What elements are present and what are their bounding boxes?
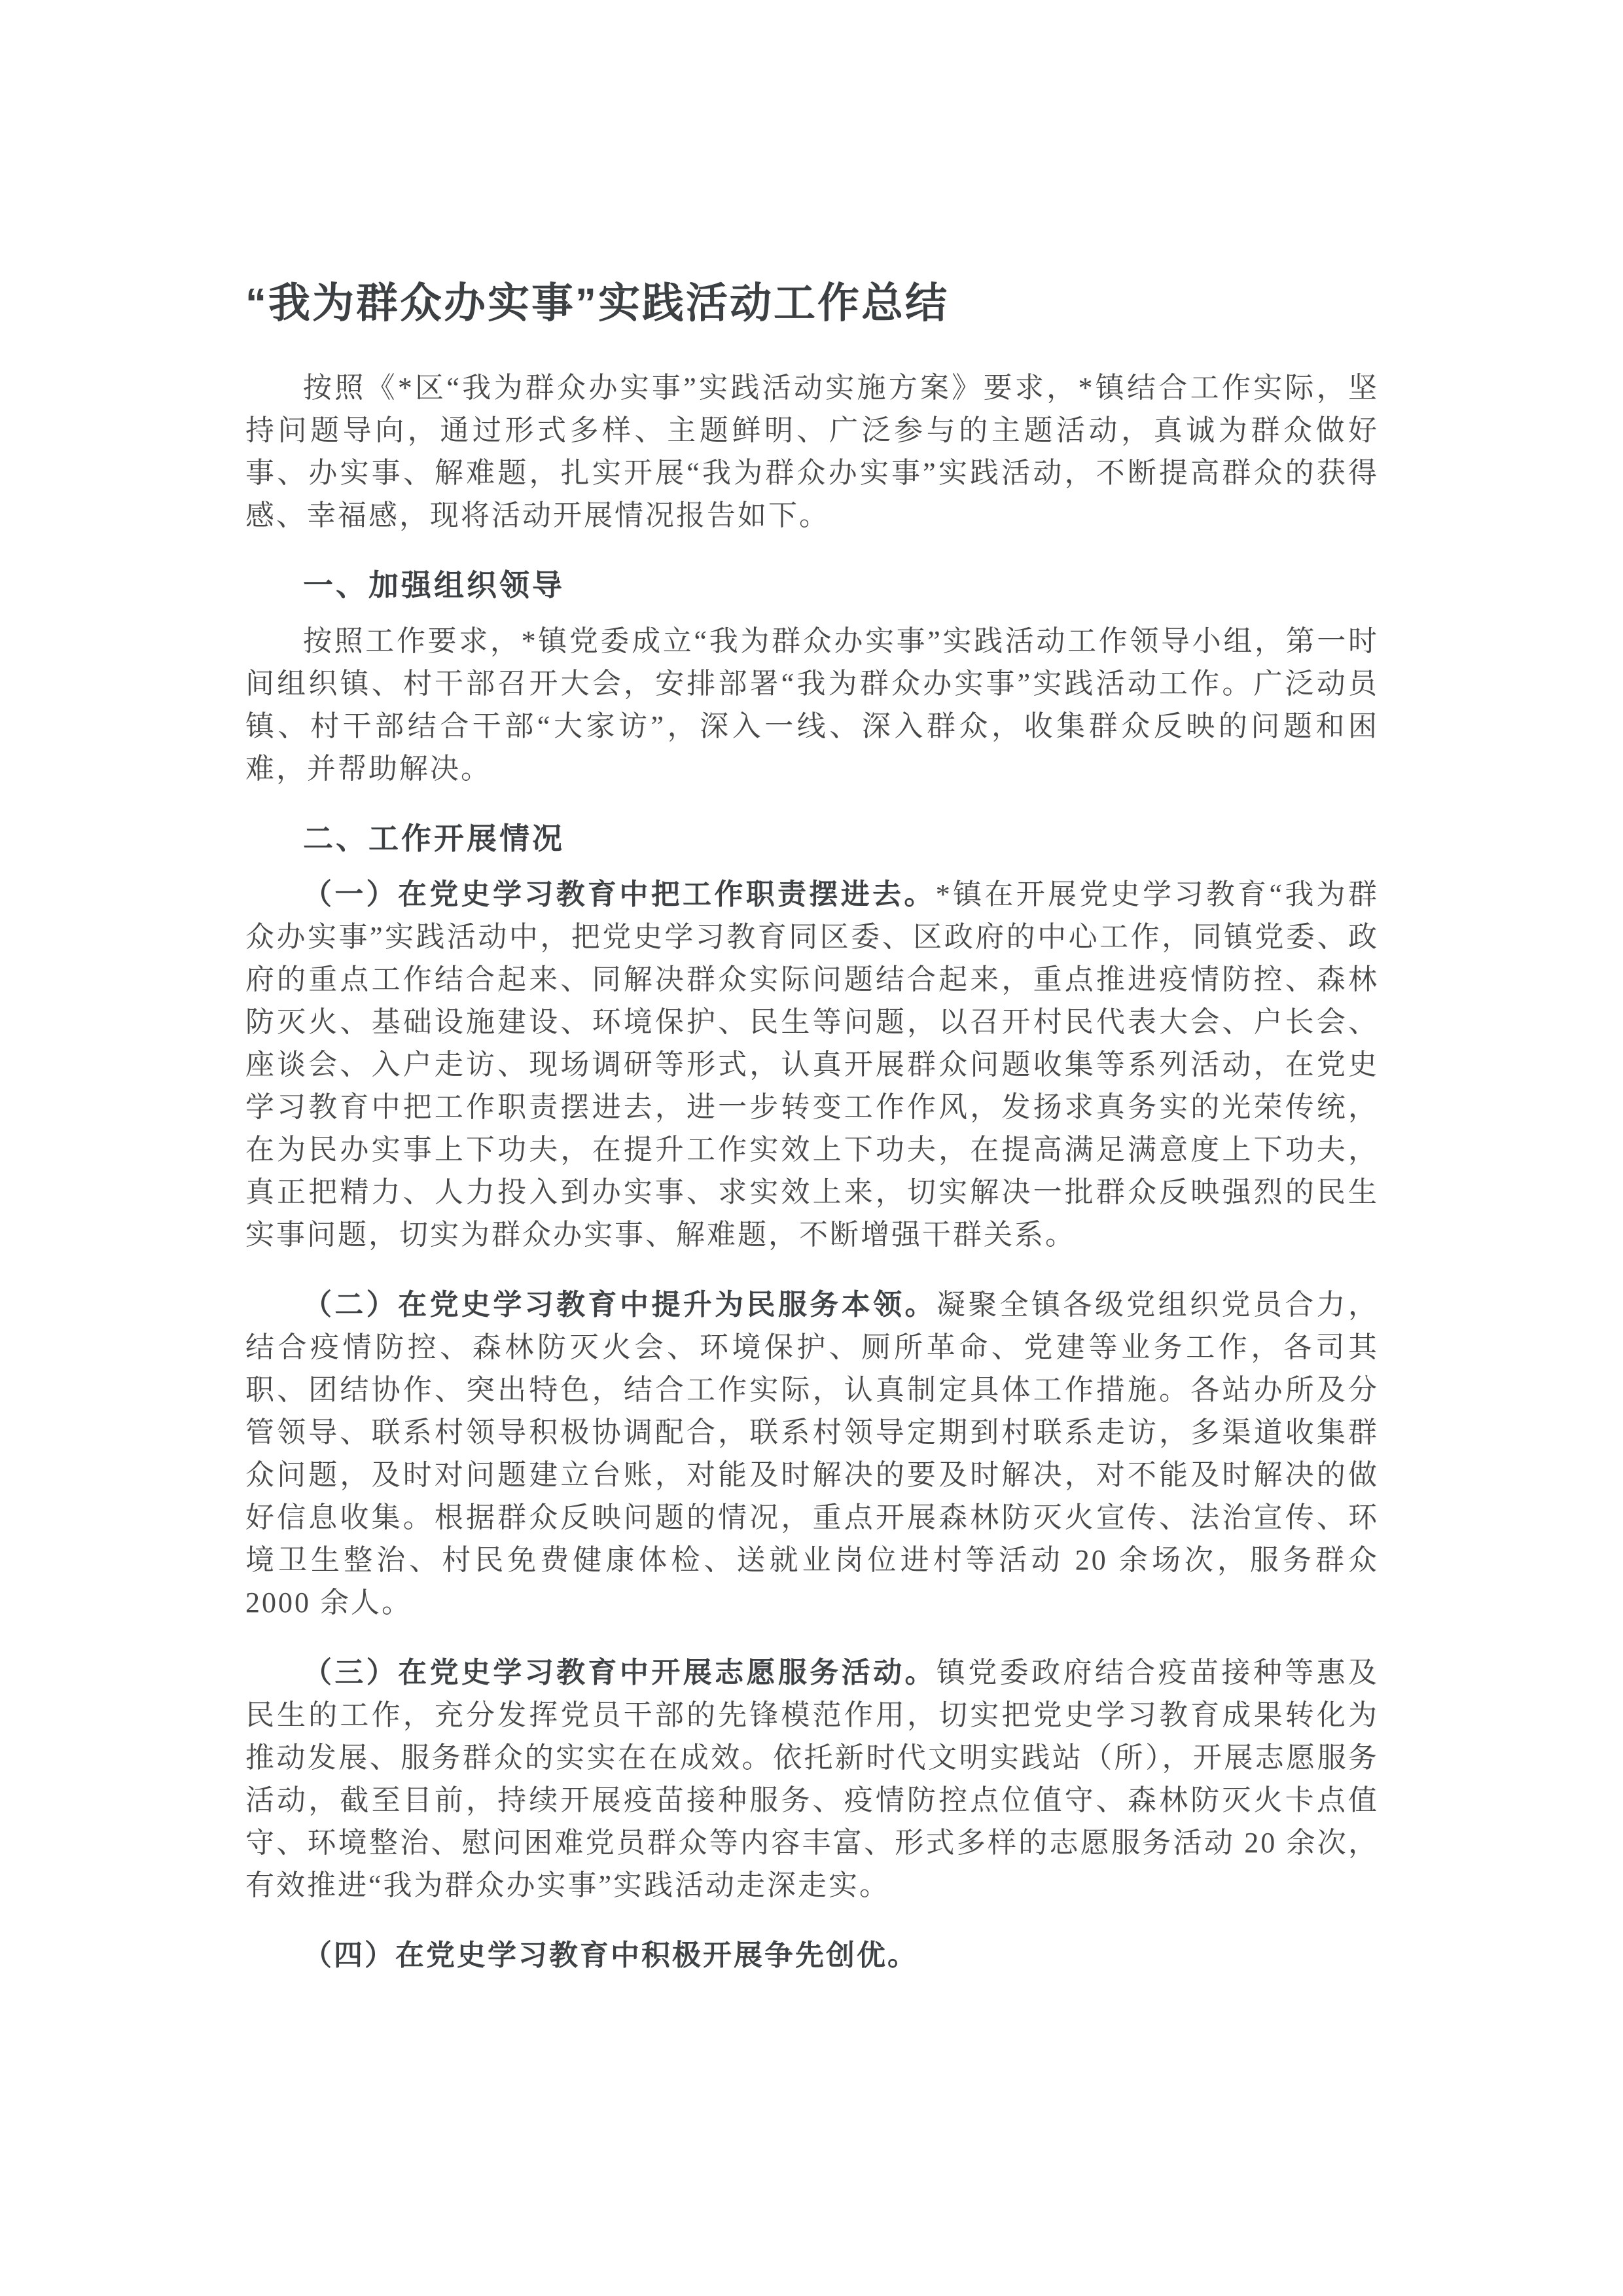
document-page: “我为群众办实事”实践活动工作总结 按照《*区“我为群众办实事”实践活动实施方案… — [0, 0, 1623, 2296]
section-1-paragraph: 按照工作要求，*镇党委成立“我为群众办实事”实践活动工作领导小组，第一时间组织镇… — [245, 620, 1379, 790]
intro-paragraph: 按照《*区“我为群众办实事”实践活动实施方案》要求，*镇结合工作实际，坚持问题导… — [245, 367, 1379, 537]
subsection-4-paragraph: （四）在党史学习教育中积极开展争先创优。 — [245, 1934, 1379, 1977]
subsection-1-lead: （一）在党史学习教育中把工作职责摆进去。 — [303, 878, 936, 910]
subsection-4-lead: （四）在党史学习教育中积极开展争先创优。 — [303, 1939, 918, 1971]
subsection-1-body: *镇在开展党史学习教育“我为群众办实事”实践活动中，把党史学习教育同区委、区政府… — [245, 878, 1379, 1251]
subsection-2-paragraph: （二）在党史学习教育中提升为民服务本领。凝聚全镇各级党组织党员合力，结合疫情防控… — [245, 1283, 1379, 1624]
section-1-heading: 一、加强组织领导 — [245, 564, 1379, 607]
subsection-1-paragraph: （一）在党史学习教育中把工作职责摆进去。*镇在开展党史学习教育“我为群众办实事”… — [245, 873, 1379, 1256]
subsection-2-lead: （二）在党史学习教育中提升为民服务本领。 — [303, 1289, 936, 1321]
section-2-heading: 二、工作开展情况 — [245, 817, 1379, 860]
subsection-2-body: 凝聚全镇各级党组织党员合力，结合疫情防控、森林防灭火会、环境保护、厕所革命、党建… — [245, 1289, 1379, 1619]
page-content: “我为群众办实事”实践活动工作总结 按照《*区“我为群众办实事”实践活动实施方案… — [245, 280, 1379, 2004]
subsection-3-body: 镇党委政府结合疫苗接种等惠及民生的工作，充分发挥党员干部的先锋模范作用，切实把党… — [245, 1657, 1379, 1901]
document-title: “我为群众办实事”实践活动工作总结 — [245, 280, 1379, 326]
subsection-3-paragraph: （三）在党史学习教育中开展志愿服务活动。镇党委政府结合疫苗接种等惠及民生的工作，… — [245, 1651, 1379, 1907]
subsection-3-lead: （三）在党史学习教育中开展志愿服务活动。 — [303, 1657, 936, 1689]
